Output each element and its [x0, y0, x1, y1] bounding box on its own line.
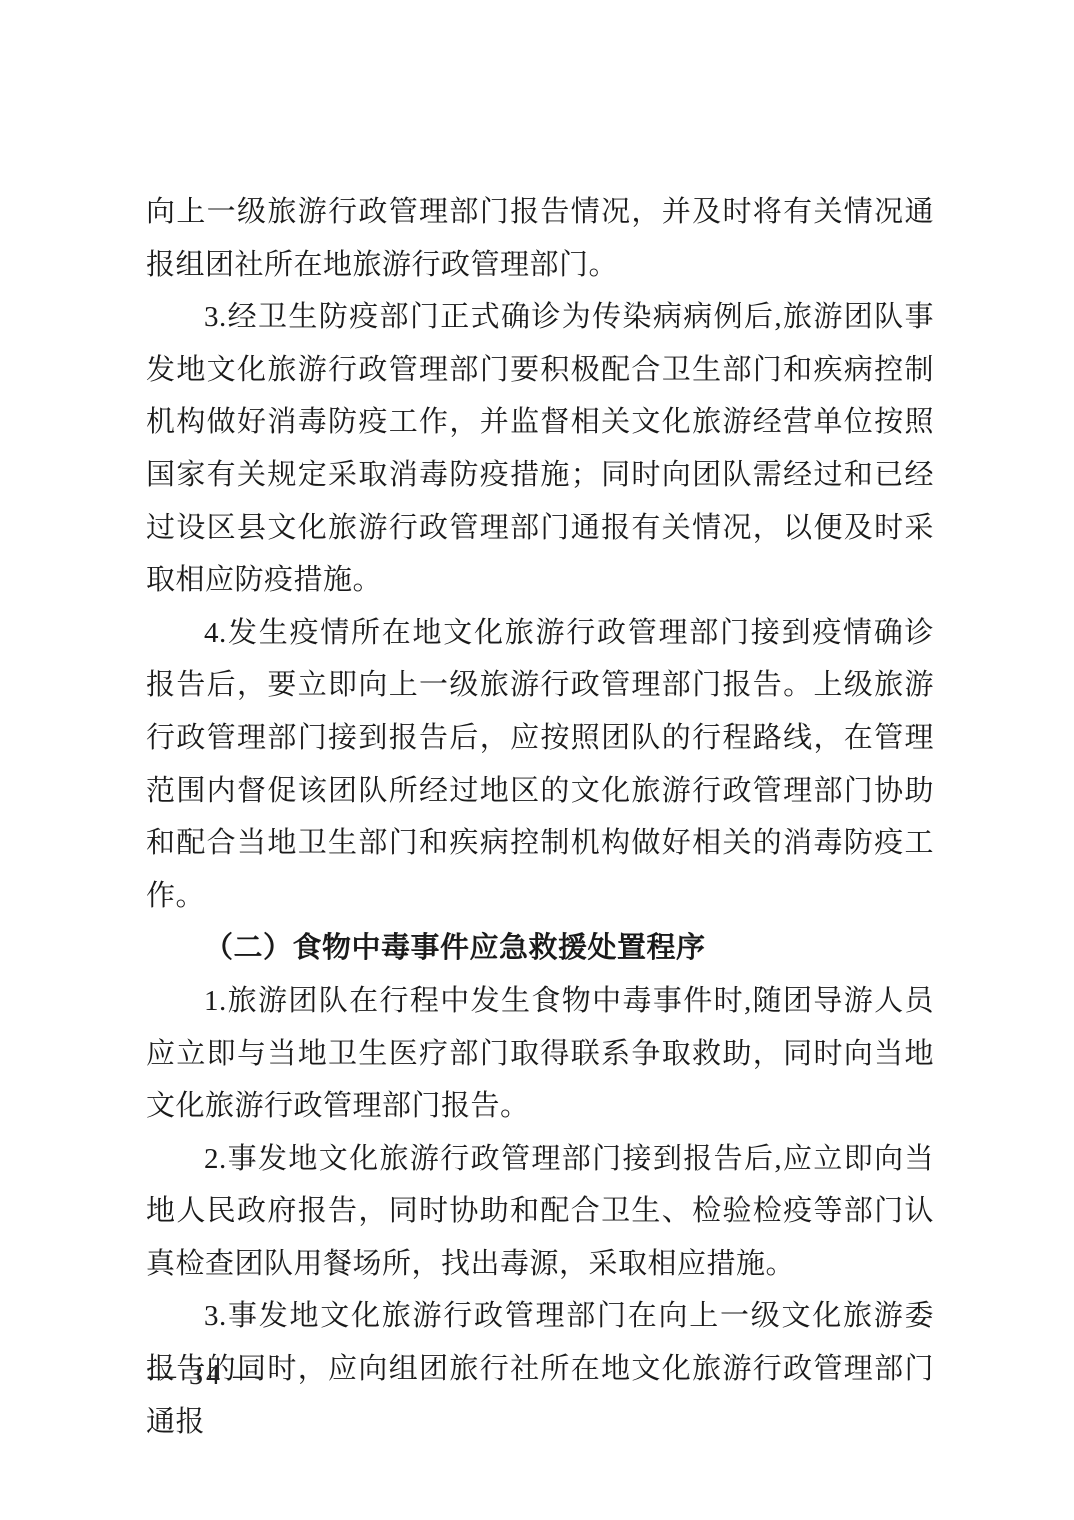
- section-heading-food-poisoning: （二）食物中毒事件应急救援处置程序: [146, 922, 934, 975]
- page-number: — 34 —: [148, 1360, 264, 1392]
- paragraph-continuation: 向上一级旅游行政管理部门报告情况，并及时将有关情况通报组团社所在地旅游行政管理部…: [146, 186, 934, 291]
- paragraph-item-4-epidemic: 4.发生疫情所在地文化旅游行政管理部门接到疫情确诊报告后，要立即向上一级旅游行政…: [146, 607, 934, 923]
- paragraph-item-3-epidemic: 3.经卫生防疫部门正式确诊为传染病病例后,旅游团队事发地文化旅游行政管理部门要积…: [146, 291, 934, 607]
- paragraph-item-2-food-poisoning: 2.事发地文化旅游行政管理部门接到报告后,应立即向当地人民政府报告，同时协助和配…: [146, 1133, 934, 1291]
- document-body: 向上一级旅游行政管理部门报告情况，并及时将有关情况通报组团社所在地旅游行政管理部…: [146, 186, 934, 1448]
- paragraph-item-1-food-poisoning: 1.旅游团队在行程中发生食物中毒事件时,随团导游人员应立即与当地卫生医疗部门取得…: [146, 975, 934, 1133]
- paragraph-item-3-food-poisoning: 3.事发地文化旅游行政管理部门在向上一级文化旅游委报告的同时，应向组团旅行社所在…: [146, 1290, 934, 1448]
- document-page: 向上一级旅游行政管理部门报告情况，并及时将有关情况通报组团社所在地旅游行政管理部…: [0, 0, 1074, 1520]
